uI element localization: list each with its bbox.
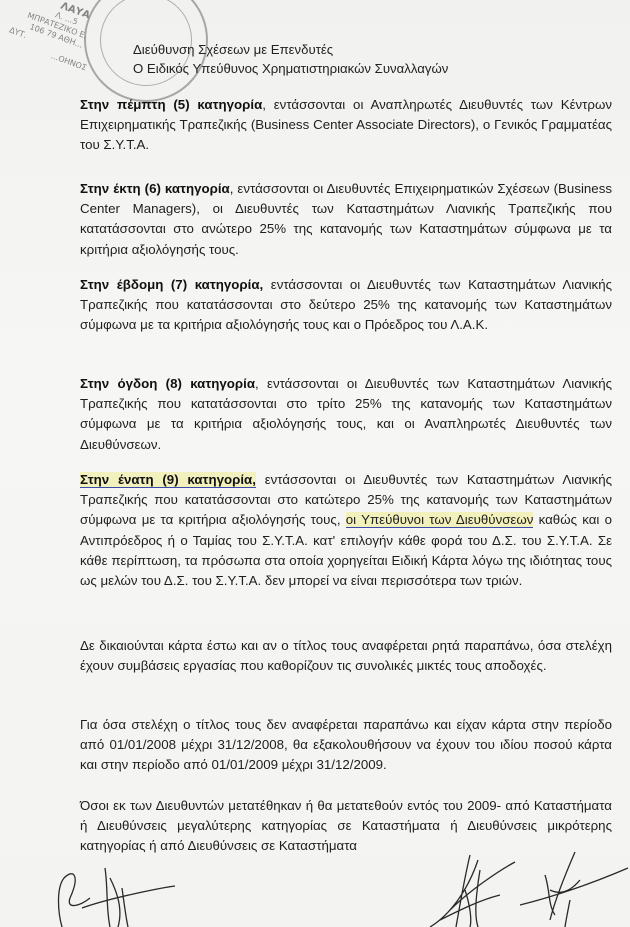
paragraph-continuation: Για όσα στελέχη ο τίτλος τους δεν αναφέρ… xyxy=(80,715,612,776)
paragraph-transfers: Όσοι εκ των Διευθυντών μετατέθηκαν ή θα … xyxy=(80,796,612,857)
signature-right xyxy=(510,850,630,927)
category-heading: Στην έβδομη (7) κατηγορία, xyxy=(80,277,263,292)
paragraph-category-5: Στην πέμπτη (5) κατηγορία, εντάσσονται ο… xyxy=(80,95,612,156)
category-heading: Στην πέμπτη (5) κατηγορία xyxy=(80,97,262,112)
underlined-phrase: οι Υπεύθυνοι των Διευθύνσεων xyxy=(346,512,534,528)
paragraph-category-7: Στην έβδομη (7) κατηγορία, εντάσσονται ο… xyxy=(80,275,612,336)
paragraph-category-6: Στην έκτη (6) κατηγορία, εντάσσονται οι … xyxy=(80,179,612,260)
document-header: Διεύθυνση Σχέσεων με Επενδυτές Ο Ειδικός… xyxy=(133,40,448,78)
paragraph-exclusions: Δε δικαιούνται κάρτα έστω και αν ο τίτλο… xyxy=(80,636,612,676)
paragraph-text: Όσοι εκ των Διευθυντών μετατέθηκαν ή θα … xyxy=(80,798,612,853)
category-heading: Στην έκτη (6) κατηγορία xyxy=(80,181,230,196)
paragraph-category-8: Στην όγδοη (8) κατηγορία, εντάσσονται οι… xyxy=(80,374,612,455)
category-heading-highlighted: Στην ένατη (9) κατηγορία, xyxy=(80,472,256,488)
paragraph-text: Για όσα στελέχη ο τίτλος τους δεν αναφέρ… xyxy=(80,717,612,772)
officer-line: Ο Ειδικός Υπεύθυνος Χρηματιστηριακών Συν… xyxy=(133,59,448,78)
signature-left xyxy=(50,858,190,927)
document-page: ΛΑΥΑ Λ. ...5 ΜΠΡΑΤΕΖΙΚΟ Ε. 106 79 ΑΘΗ...… xyxy=(0,0,630,927)
category-heading: Στην όγδοη (8) κατηγορία xyxy=(80,376,255,391)
paragraph-category-9: Στην ένατη (9) κατηγορία, εντάσσονται οι… xyxy=(80,470,612,591)
paragraph-text: Δε δικαιούνται κάρτα έστω και αν ο τίτλο… xyxy=(80,638,612,673)
department-line: Διεύθυνση Σχέσεων με Επενδυτές xyxy=(133,40,448,59)
